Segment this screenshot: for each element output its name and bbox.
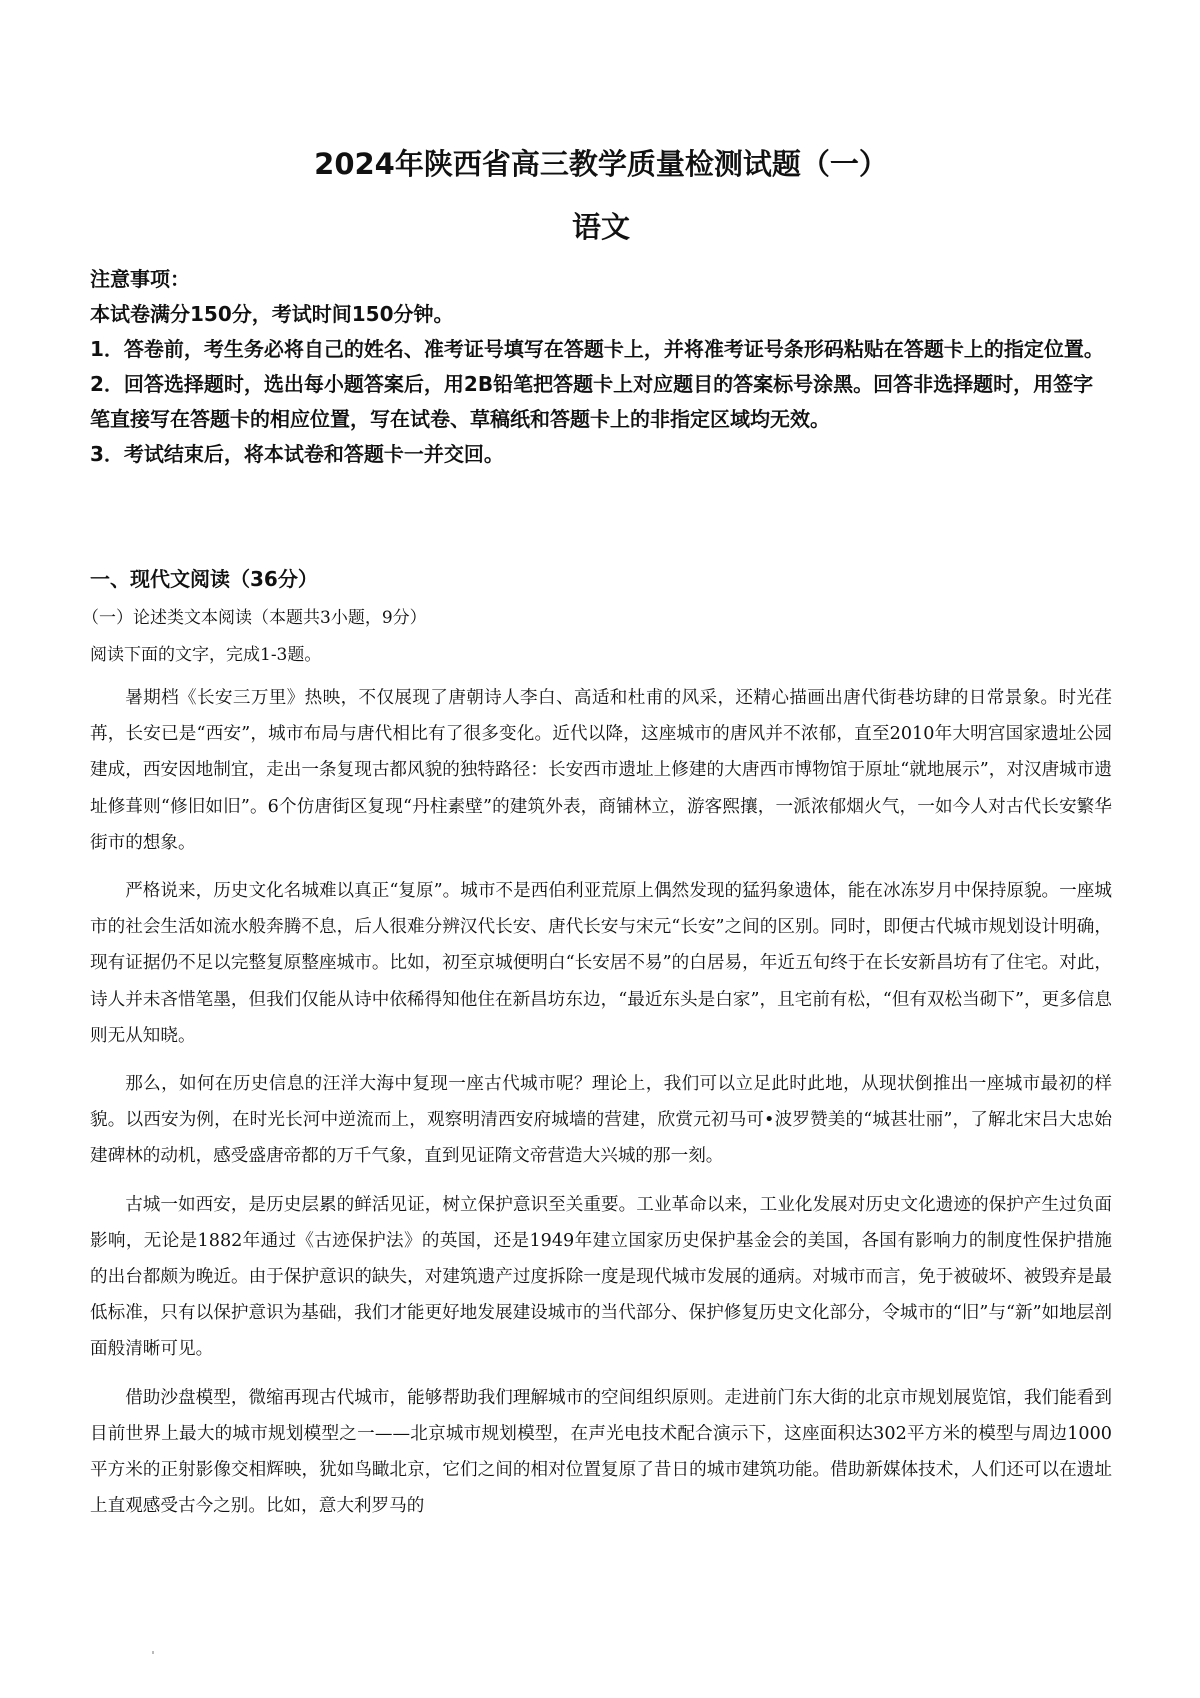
exam-title: 2024年陕西省高三教学质量检测试题（一） bbox=[90, 142, 1112, 183]
notice-heading: 注意事项： bbox=[90, 262, 1112, 297]
passage-paragraph-1: 暑期档《长安三万里》热映，不仅展现了唐朝诗人李白、高适和杜甫的风采，还精心描画出… bbox=[90, 680, 1112, 861]
notice-block: 注意事项： 本试卷满分150分，考试时间150分钟。 1．答卷前，考生务必将自己… bbox=[90, 262, 1112, 472]
section-heading: 一、现代文阅读（36分） bbox=[90, 563, 318, 592]
reading-passage: 暑期档《长安三万里》热映，不仅展现了唐朝诗人李白、高适和杜甫的风采，还精心描画出… bbox=[90, 680, 1112, 1536]
passage-paragraph-5: 借助沙盘模型，微缩再现古代城市，能够帮助我们理解城市的空间组织原则。走进前门东大… bbox=[90, 1380, 1112, 1525]
sub-section-heading: （一）论述类文本阅读（本题共3小题，9分） bbox=[82, 603, 427, 628]
notice-item-2: 2．回答选择题时，选出每小题答案后，用2B铅笔把答题卡上对应题目的答案标号涂黑。… bbox=[90, 367, 1112, 437]
passage-paragraph-3: 那么，如何在历史信息的汪洋大海中复现一座古代城市呢？理论上，我们可以立足此时此地… bbox=[90, 1066, 1112, 1175]
passage-paragraph-4: 古城一如西安，是历史层累的鲜活见证，树立保护意识至关重要。工业革命以来，工业化发… bbox=[90, 1187, 1112, 1368]
notice-item-1: 1．答卷前，考生务必将自己的姓名、准考证号填写在答题卡上，并将准考证号条形码粘贴… bbox=[90, 332, 1112, 367]
passage-paragraph-2: 严格说来，历史文化名城难以真正“复原”。城市不是西伯利亚荒原上偶然发现的猛犸象遗… bbox=[90, 873, 1112, 1054]
notice-summary: 本试卷满分150分，考试时间150分钟。 bbox=[90, 297, 1112, 332]
subject-title: 语文 bbox=[90, 205, 1112, 246]
scan-speck bbox=[152, 1651, 154, 1654]
reading-instruction: 阅读下面的文字，完成1-3题。 bbox=[90, 640, 321, 665]
notice-item-3: 3．考试结束后，将本试卷和答题卡一并交回。 bbox=[90, 437, 1112, 472]
